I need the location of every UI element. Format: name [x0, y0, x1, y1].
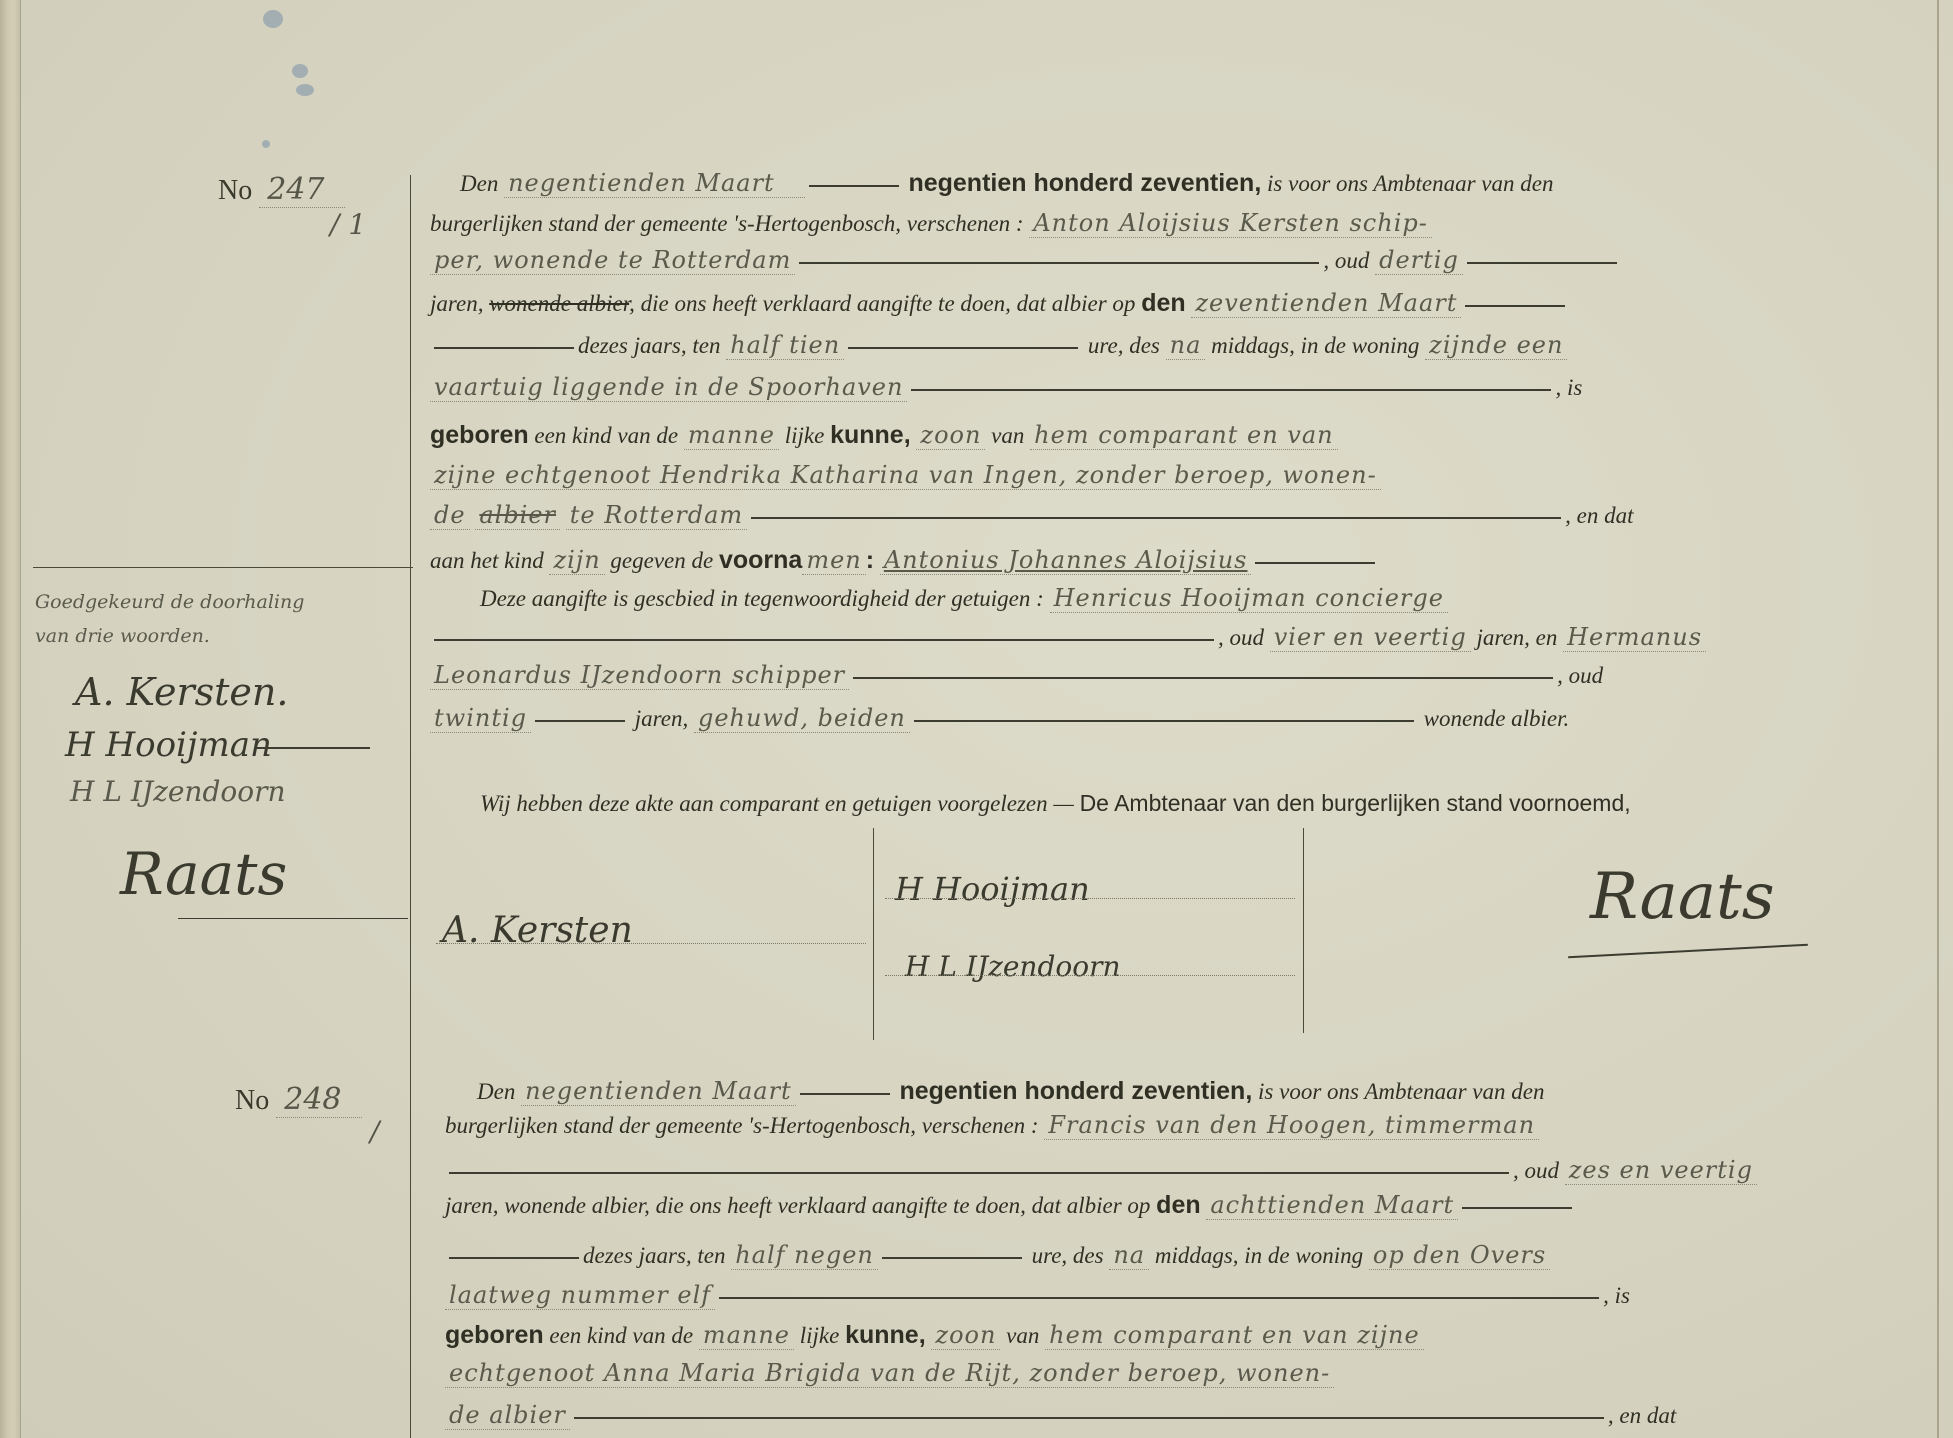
signature-underline — [255, 747, 370, 749]
printed-text: Den — [460, 171, 498, 196]
handwritten-text: zes en veertig — [1565, 1156, 1757, 1185]
printed-text: een kind van de — [549, 1323, 693, 1348]
text-line: , oud zes en veertig — [445, 1155, 1757, 1186]
printed-text: middags, in de woning — [1211, 333, 1419, 358]
printed-text: , die ons heeft verklaard aangifte te do… — [629, 291, 1135, 316]
ink-stain — [296, 84, 314, 96]
register-page: No 247 / 1 Den negentienden Maart negent… — [0, 0, 1953, 1438]
handwritten-text: Hermanus — [1563, 623, 1706, 652]
handwritten-text: te Rotterdam — [566, 501, 747, 530]
printed-text: , oud — [1513, 1158, 1559, 1183]
printed-text: wonende albier. — [1424, 706, 1570, 731]
text-line: jaren, wonende albier, die ons heeft ver… — [430, 288, 1569, 319]
handwritten-text: men — [802, 546, 865, 575]
text-line: dezes jaars, ten half tien ure, des na m… — [430, 330, 1567, 361]
text-line: per, wonende te Rotterdam, oud dertig — [430, 245, 1621, 276]
text-line: geboren een kind van de manne lijke kunn… — [445, 1320, 1424, 1351]
printed-text: Deze aangifte is gescbied in tegenwoordi… — [480, 586, 1044, 611]
signature-official: Raats — [1590, 860, 1775, 934]
printed-text: dezes jaars, ten — [583, 1243, 725, 1268]
signature-declarant: A. Kersten — [442, 910, 633, 951]
printed-text: , oud — [1323, 248, 1369, 273]
printed-text: is voor ons Ambtenaar van den — [1267, 171, 1553, 196]
signature-underline — [1568, 944, 1808, 959]
handwritten-text: zoon — [916, 421, 985, 450]
text-line: de albier, en dat — [445, 1400, 1676, 1431]
printed-bold-text: kunne, — [845, 1321, 926, 1349]
handwritten-text: laatweg nummer elf — [445, 1281, 715, 1310]
handwritten-text: na — [1166, 331, 1206, 360]
signature-divider — [1303, 828, 1304, 1033]
printed-text: , oud — [1218, 625, 1264, 650]
handwritten-text: vier en veertig — [1270, 623, 1471, 652]
printed-text: : — [866, 546, 874, 574]
signature-witness-2: H L IJzendoorn — [905, 950, 1121, 983]
printed-bold-text: geboren — [430, 421, 529, 449]
printed-text: jaren, wonende albier, die ons heeft ver… — [445, 1193, 1150, 1218]
margin-signature-official: Raats — [120, 840, 287, 908]
text-line: burgerlijken stand der gemeente 's-Herto… — [430, 208, 1432, 239]
signature-witness-1: H Hooijman — [895, 870, 1090, 908]
handwritten-text: Francis van den Hoogen, timmerman — [1044, 1111, 1539, 1140]
handwritten-text: half tien — [726, 331, 844, 360]
signature-divider — [873, 828, 874, 1040]
handwritten-text: zeventienden Maart — [1191, 289, 1461, 318]
text-line: , oud vier en veertig jaren, en Hermanus — [430, 622, 1706, 653]
text-line: Leonardus IJzendoorn schipper, oud — [430, 660, 1603, 691]
handwritten-text: manne — [684, 421, 779, 450]
text-line: jaren, wonende albier, die ons heeft ver… — [445, 1190, 1576, 1221]
margin-note: Goedgekeurd de doorhaling van drie woord… — [35, 585, 304, 653]
handwritten-text: achttienden Maart — [1206, 1191, 1458, 1220]
printed-text: , oud — [1557, 663, 1603, 688]
printed-text: middags, in de woning — [1155, 1243, 1363, 1268]
margin-note-text: van drie woorden. — [35, 619, 304, 653]
printed-text: De Ambtenaar van den burgerlijken stand … — [1080, 790, 1631, 816]
printed-bold-text: voorna — [719, 546, 802, 574]
printed-bold-text: geboren — [445, 1321, 544, 1349]
text-line: Den negentienden Maart negentien honderd… — [477, 1076, 1544, 1107]
text-line: Deze aangifte is gescbied in tegenwoordi… — [480, 583, 1448, 614]
text-line: dezes jaars, ten half negen ure, des na … — [445, 1240, 1550, 1271]
text-line: geboren een kind van de manne lijke kunn… — [430, 420, 1338, 451]
margin-note-text: Goedgekeurd de doorhaling — [35, 585, 304, 619]
number-fraction: / — [370, 1115, 379, 1148]
handwritten-text: Leonardus IJzendoorn schipper — [430, 661, 849, 690]
handwritten-text: Anton Aloijsius Kersten schip- — [1029, 209, 1432, 238]
handwritten-text: half negen — [731, 1241, 878, 1270]
handwritten-text: Henricus Hooijman concierge — [1050, 584, 1448, 613]
printed-bold-text: den — [1141, 289, 1185, 317]
column-divider — [410, 175, 411, 1438]
printed-text: is voor ons Ambtenaar van den — [1258, 1079, 1544, 1104]
number-fraction: / 1 — [330, 208, 366, 241]
signature-line — [436, 943, 866, 944]
handwritten-text: op den Overs — [1369, 1241, 1550, 1270]
ink-stain — [262, 140, 270, 148]
handwritten-text: zoon — [931, 1321, 1000, 1350]
margin-rule — [33, 567, 413, 568]
printed-text: , is — [1555, 375, 1582, 400]
text-line: vaartuig liggende in de Spoorhaven, is — [430, 372, 1582, 403]
printed-text: jaren, en — [1476, 625, 1557, 650]
printed-text: , is — [1603, 1283, 1630, 1308]
handwritten-text: de — [430, 501, 470, 530]
handwritten-text: twintig — [430, 704, 531, 733]
handwritten-text: negentienden Maart — [504, 169, 805, 198]
handwritten-text: zijne echtgenoot Hendrika Katharina van … — [430, 461, 1381, 490]
text-line: laatweg nummer elf, is — [445, 1280, 1630, 1311]
handwritten-text: de albier — [445, 1401, 570, 1430]
handwritten-text: na — [1109, 1241, 1149, 1270]
book-binding-edge — [0, 0, 21, 1438]
printed-text: , en dat — [1565, 503, 1633, 528]
text-line: twintig jaren, gehuwd, beiden wonende al… — [430, 703, 1569, 734]
printed-bold-text: den — [1156, 1191, 1200, 1219]
printed-bold-text: negentien honderd zeventien, — [899, 1077, 1252, 1105]
handwritten-text: hem comparant en van — [1030, 421, 1338, 450]
struck-text: albier — [475, 501, 560, 530]
handwritten-text: negentienden Maart — [521, 1077, 796, 1106]
handwritten-text: Antonius Johannes Aloijsius — [880, 546, 1252, 575]
printed-text: burgerlijken stand der gemeente 's-Herto… — [430, 211, 1024, 236]
text-line: aan het kind zijn gegeven de voornamen: … — [430, 545, 1379, 576]
printed-text: ure, des — [1088, 333, 1160, 358]
text-line: echtgenoot Anna Maria Brigida van de Rij… — [445, 1358, 1334, 1389]
handwritten-text: vaartuig liggende in de Spoorhaven — [430, 373, 907, 402]
printed-text: aan het kind — [430, 548, 544, 573]
signature-line — [885, 975, 1295, 976]
handwritten-text: echtgenoot Anna Maria Brigida van de Rij… — [445, 1359, 1334, 1388]
printed-text: ure, des — [1032, 1243, 1104, 1268]
handwritten-text: dertig — [1375, 246, 1463, 275]
handwritten-text: gehuwd, beiden — [694, 704, 910, 733]
struck-text: wonende albier — [489, 291, 629, 316]
ink-stain — [263, 10, 283, 28]
number-value: 248 — [276, 1082, 361, 1118]
number-label: No — [235, 1085, 269, 1116]
handwritten-text: zijn — [549, 546, 604, 575]
text-line: burgerlijken stand der gemeente 's-Herto… — [445, 1110, 1539, 1141]
handwritten-text: per, wonende te Rotterdam — [430, 246, 795, 275]
signature-line — [885, 898, 1295, 899]
printed-text: van — [991, 423, 1024, 448]
printed-text: Den — [477, 1079, 515, 1104]
printed-text: een kind van de — [534, 423, 678, 448]
margin-signature-witness-1: H Hooijman — [65, 725, 272, 765]
printed-text: dezes jaars, ten — [578, 333, 720, 358]
printed-text: gegeven de — [610, 548, 713, 573]
text-line: de albier te Rotterdam, en dat — [430, 500, 1634, 531]
entry-number: No 247 — [218, 172, 345, 207]
signature-underline — [178, 918, 408, 919]
printed-text: van — [1006, 1323, 1039, 1348]
printed-text: lijke — [800, 1323, 840, 1348]
handwritten-text: hem comparant en van zijne — [1045, 1321, 1424, 1350]
entry-number: No 248 — [235, 1082, 362, 1117]
number-label: No — [218, 175, 252, 206]
printed-text: Wij hebben deze akte aan comparant en ge… — [480, 791, 1074, 816]
text-line: Den negentienden Maart negentien honderd… — [460, 168, 1553, 199]
number-value: 247 — [259, 172, 344, 208]
text-line: zijne echtgenoot Hendrika Katharina van … — [430, 460, 1381, 491]
printed-text: burgerlijken stand der gemeente 's-Herto… — [445, 1113, 1039, 1138]
margin-signature-declarant: A. Kersten. — [75, 670, 288, 714]
printed-text: lijke — [785, 423, 825, 448]
printed-bold-text: negentien honderd zeventien, — [908, 169, 1261, 197]
handwritten-text: zijnde een — [1425, 331, 1567, 360]
ink-stain — [292, 64, 308, 78]
printed-text: jaren, — [430, 291, 483, 316]
handwritten-text: manne — [699, 1321, 794, 1350]
page-right-edge — [1937, 0, 1939, 1438]
text-line: Wij hebben deze akte aan comparant en ge… — [480, 788, 1631, 819]
printed-bold-text: kunne, — [830, 421, 911, 449]
printed-text: jaren, — [635, 706, 688, 731]
printed-text: , en dat — [1608, 1403, 1676, 1428]
margin-signature-witness-2: H L IJzendoorn — [70, 775, 286, 808]
